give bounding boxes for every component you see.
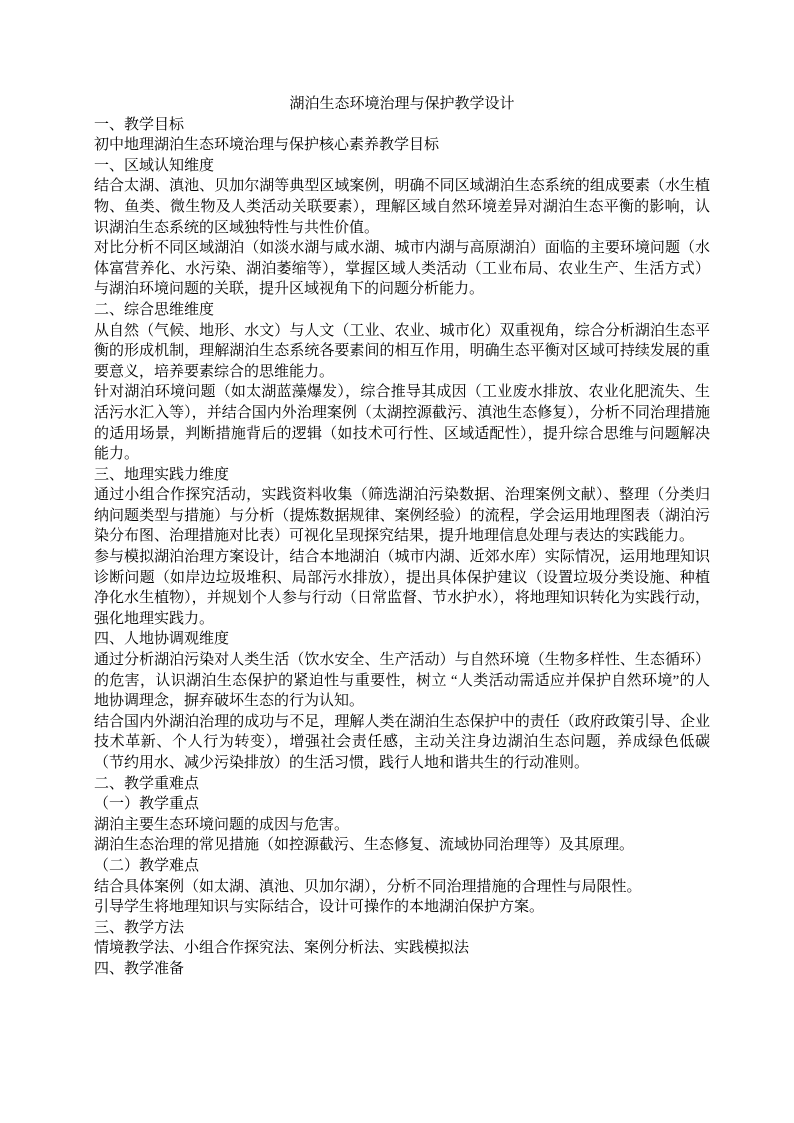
heading-teaching-methods: 三、教学方法 bbox=[94, 918, 710, 939]
para-key-point-1: 湖泊主要生态环境问题的成因与危害。 bbox=[94, 815, 710, 836]
heading-difficult-points: （二）教学难点 bbox=[94, 856, 710, 877]
document-body: 湖泊生态环境治理与保护教学设计 一、教学目标 初中地理湖泊生态环境治理与保护核心… bbox=[94, 94, 710, 980]
para-human-land-coordination-2: 结合国内外湖泊治理的成功与不足，理解人类在湖泊生态保护中的责任（政府政策引导、企… bbox=[94, 712, 710, 774]
para-comprehensive-thinking-2: 针对湖泊环境问题（如太湖蓝藻爆发），综合推导其成因（工业废水排放、农业化肥流失、… bbox=[94, 382, 710, 464]
para-regional-cognition-1: 结合太湖、滇池、贝加尔湖等典型区域案例，明确不同区域湖泊生态系统的组成要素（水生… bbox=[94, 176, 710, 238]
heading-teaching-preparation: 四、教学准备 bbox=[94, 959, 710, 980]
para-key-point-2: 湖泊生态治理的常见措施（如控源截污、生态修复、流域协同治理等）及其原理。 bbox=[94, 835, 710, 856]
heading-key-difficult-points: 二、教学重难点 bbox=[94, 774, 710, 795]
para-comprehensive-thinking-1: 从自然（气候、地形、水文）与人文（工业、农业、城市化）双重视角，综合分析湖泊生态… bbox=[94, 321, 710, 383]
para-teaching-methods: 情境教学法、小组合作探究法、案例分析法、实践模拟法 bbox=[94, 938, 710, 959]
para-geographic-practice-2: 参与模拟湖泊治理方案设计，结合本地湖泊（城市内湖、近郊水库）实际情况，运用地理知… bbox=[94, 547, 710, 629]
para-difficult-point-2: 引导学生将地理知识与实际结合，设计可操作的本地湖泊保护方案。 bbox=[94, 897, 710, 918]
para-regional-cognition-2: 对比分析不同区域湖泊（如淡水湖与咸水湖、城市内湖与高原湖泊）面临的主要环境问题（… bbox=[94, 238, 710, 300]
heading-teaching-objectives: 一、教学目标 bbox=[94, 115, 710, 136]
heading-geographic-practice: 三、地理实践力维度 bbox=[94, 465, 710, 486]
document-page: 湖泊生态环境治理与保护教学设计 一、教学目标 初中地理湖泊生态环境治理与保护核心… bbox=[0, 0, 794, 1123]
para-geographic-practice-1: 通过小组合作探究活动，实践资料收集（筛选湖泊污染数据、治理案例文献）、整理（分类… bbox=[94, 485, 710, 547]
para-core-literacy-intro: 初中地理湖泊生态环境治理与保护核心素养教学目标 bbox=[94, 135, 710, 156]
document-title: 湖泊生态环境治理与保护教学设计 bbox=[94, 94, 710, 115]
heading-human-land-coordination: 四、人地协调观维度 bbox=[94, 629, 710, 650]
heading-regional-cognition: 一、区域认知维度 bbox=[94, 156, 710, 177]
heading-comprehensive-thinking: 二、综合思维维度 bbox=[94, 300, 710, 321]
para-human-land-coordination-1: 通过分析湖泊污染对人类生活（饮水安全、生产活动）与自然环境（生物多样性、生态循环… bbox=[94, 650, 710, 712]
para-difficult-point-1: 结合具体案例（如太湖、滇池、贝加尔湖），分析不同治理措施的合理性与局限性。 bbox=[94, 877, 710, 898]
heading-key-points: （一）教学重点 bbox=[94, 794, 710, 815]
